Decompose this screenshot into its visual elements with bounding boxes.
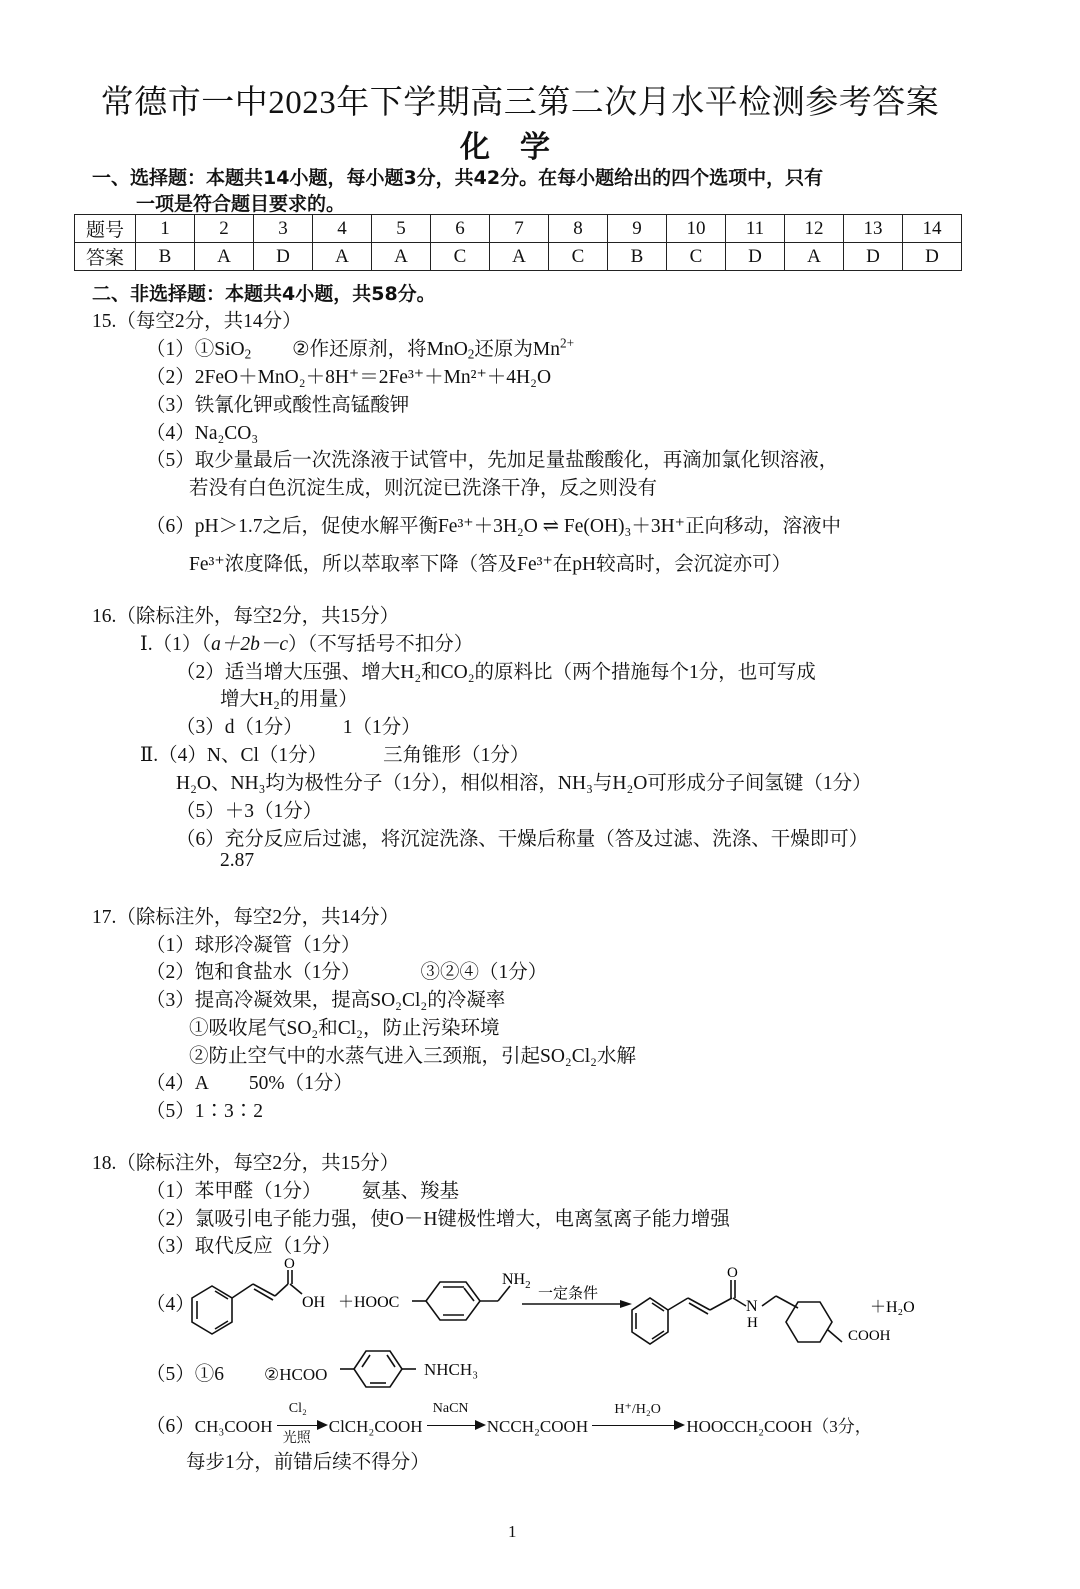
q18-part3: （3）取代反应（1分） [146,1230,341,1258]
answer-text: （1）苯甲醛（1分） [146,1181,322,1202]
q17-part3-line3: ②防止空气中的水蒸气进入三颈瓶，引起SO₂Cl₂水解 [189,1040,636,1068]
superscript: 2+ [560,336,574,351]
answer-text: 氨基、羧基 [362,1181,460,1202]
q15-part3: （3）铁氰化钾或酸性高锰酸钾 [146,389,409,417]
reaction-arrow-3: H⁺/H₂O [592,1417,686,1437]
part-label: （4） [146,423,195,444]
answer-cell: A [313,243,372,271]
q15-part6-line2: Fe³⁺浓度降低，所以萃取率下降（答及Fe³⁺在pH较高时，会沉淀亦可） [189,548,791,576]
condition: 光照 [283,1427,311,1447]
q15-part5-line1: （5）取少量最后一次洗涤液于试管中，先加足量盐酸酸化，再滴加氯化钡溶液， [146,444,838,472]
benzene-ring-icon [426,1282,480,1320]
answer-cell: C [431,243,490,271]
q16-header: 16.（除标注外，每空2分，共15分） [92,600,399,628]
q17-part1: （1）球形冷凝管（1分） [146,929,361,957]
q15-part5-line2: 若没有白色沉淀生成，则沉淀已洗涤干净，反之则没有 [189,472,657,500]
byproduct: ＋H₂O [870,1299,915,1316]
question-number: 13 [844,215,903,243]
part-label: （2） [146,367,195,388]
answer-text: （2）饱和食盐水（1分） [146,962,361,983]
answer-text: ③②④（1分） [421,962,548,983]
answer-text: 50%（1分） [249,1073,353,1094]
section1-heading-line2: 一项是符合题目要求的。 [136,189,345,216]
arrow-head-icon [317,1420,328,1430]
q17-header: 17.（除标注外，每空2分，共14分） [92,901,399,929]
arrow-head-icon [475,1420,486,1430]
question-number: 8 [549,215,608,243]
q15-part4: （4）Na₂CO₃ [146,417,258,445]
answer-text: 1（1分） [343,717,421,738]
reagent: H⁺/H₂O [614,1401,661,1418]
q15-part2: （2）2FeO＋MnO₂＋8H⁺＝2Fe³⁺＋Mn²⁺＋4H₂O [146,361,551,389]
answer-text: （3）d（1分） [176,717,303,738]
question-number: 1 [136,215,195,243]
question-number: 11 [726,215,785,243]
reaction-arrow-1: Cl₂ 光照 [277,1417,329,1437]
q16-part6-line1: （6）充分反应后过滤，将沉淀洗涤、干燥后称量（答及过滤、洗涤、干燥即可） [176,823,868,851]
benzene-ring-icon [632,1298,668,1344]
answer-table-number-row: 题号 1 2 3 4 5 6 7 8 9 10 11 12 13 14 [75,215,962,243]
q16-part2-line2: 增大H₂的用量） [220,683,358,711]
atom-label: OH [302,1294,326,1311]
arrow-head-icon [674,1420,685,1430]
q16-part6-line2: 2.87 [220,850,254,872]
atom-label: O [284,1258,295,1272]
answer-cell: D [844,243,903,271]
answer-cell: D [903,243,962,271]
q15-header: 15.（每空2分，共14分） [92,305,302,333]
q18-header: 18.（除标注外，每空2分，共15分） [92,1147,399,1175]
q17-part5: （5）1∶3∶2 [146,1095,263,1123]
answer-cell: B [608,243,667,271]
q17-part2: （2）饱和食盐水（1分）③②④（1分） [146,956,547,984]
question-number: 12 [785,215,844,243]
answer-cell: A [490,243,549,271]
reaction-condition: 一定条件 [538,1285,598,1302]
question-number: 7 [490,215,549,243]
question-number: 4 [313,215,372,243]
q16-part1: Ⅰ.（1）（a＋2b－c）（不写括号不扣分） [140,628,473,656]
q18-part5-suffix: NHCH₃ [424,1360,478,1380]
part-label: （1） [146,339,195,360]
compound: HOOCCH₂COOH（3分， [686,1417,871,1436]
answer-cell: B [136,243,195,271]
answer-text: Ⅱ.（4）N、Cl（1分） [140,745,327,766]
benzene-ring-icon [192,1286,232,1334]
answer-table: 题号 1 2 3 4 5 6 7 8 9 10 11 12 13 14 答案 B… [74,214,962,271]
q18-part1: （1）苯甲醛（1分）氨基、羧基 [146,1175,459,1203]
q16-part2-line1: （2）适当增大压强、增大H₂和CO₂的原料比（两个措施每个1分，也可写成 [176,656,816,684]
answer-cell: C [549,243,608,271]
amide-reaction-scheme: O OH ＋HOOC NH2 一定条件 O N H COOH ＋H₂O [180,1258,940,1363]
answer-cell: A [195,243,254,271]
q16-part3: （3）d（1分）1（1分） [176,711,421,739]
row-label: 答案 [75,243,136,271]
reaction-arrow-2: NaCN [427,1417,487,1437]
answer-text: （4）A [146,1073,209,1094]
atom-label: ＋HOOC [338,1294,399,1311]
section1-heading-line1: 一、选择题：本题共14小题，每小题3分，共42分。在每小题给出的四个选项中，只有 [92,163,823,190]
answer-cell: A [372,243,431,271]
q15-part1: （1）①SiO2 ②作还原剂，将MnO2还原为Mn2+ [146,333,574,361]
q18-part6-route: （6）CH₃COOH Cl₂ 光照 ClCH₂COOH NaCN NCCH₂CO… [146,1410,872,1438]
part-label: （6） [146,1416,195,1437]
row-label: 题号 [75,215,136,243]
equation: 2FeO＋MnO₂＋8H⁺＝2Fe³⁺＋Mn²⁺＋4H₂O [195,367,551,388]
formula: Na₂CO₃ [195,423,258,444]
atom-label: O [727,1265,738,1281]
part-label: （5） [146,1364,195,1385]
q17-part3-line1: （3）提高冷凝效果，提高SO₂Cl₂的冷凝率 [146,984,505,1012]
q16-part4: Ⅱ.（4）N、Cl（1分）三角锥形（1分） [140,739,529,767]
expression: a＋2b－c [211,634,288,655]
answer-text: ②HCOO [264,1365,327,1384]
reagent: NaCN [433,1401,469,1417]
q18-part5: （5）①6②HCOO [146,1358,327,1386]
answer-table-answer-row: 答案 B A D A A C A C B C D A D D [75,243,962,271]
question-number: 6 [431,215,490,243]
answer-cell: C [667,243,726,271]
para-benzene-icon [340,1345,420,1395]
answer-cell: D [254,243,313,271]
atom-label: N [746,1298,758,1315]
q18-part2: （2）氯吸引电子能力强，使O－H键极性增大，电离氢离子能力增强 [146,1203,730,1231]
atom-label: NH2 [502,1271,531,1291]
benzene-ring-icon [786,1302,832,1342]
question-number: 14 [903,215,962,243]
q18-part6-line2: 每步1分，前错后续不得分） [186,1446,430,1474]
answer-text: ②作还原剂，将MnO [292,339,468,360]
atom-label: H [747,1315,758,1331]
answer-text: 三角锥形（1分） [383,745,529,766]
document-title: 常德市一中2023年下学期高三第二次月水平检测参考答案 [0,76,1040,123]
question-number: 3 [254,215,313,243]
answer-text: ①SiO [195,339,245,360]
question-number: 9 [608,215,667,243]
compound: ClCH₂COOH [329,1417,423,1436]
question-number: 2 [195,215,254,243]
answer-cell: A [785,243,844,271]
question-number: 10 [667,215,726,243]
page-number: 1 [508,1522,517,1542]
q17-part4: （4）A50%（1分） [146,1067,353,1095]
subscript: 2 [245,346,252,361]
atom-label: COOH [848,1328,891,1344]
section2-heading: 二、非选择题：本题共4小题，共58分。 [92,279,436,306]
q16-part5: （5）＋3（1分） [176,795,322,823]
answer-cell: D [726,243,785,271]
note: ）（不写括号不扣分） [288,634,473,655]
answer-text: 还原为Mn [474,339,560,360]
question-number: 5 [372,215,431,243]
q17-part3-line2: ①吸收尾气SO₂和Cl₂，防止污染环境 [189,1012,499,1040]
compound: NCCH₂COOH [487,1417,588,1436]
q15-part6-line1: （6）pH＞1.7之后，促使水解平衡Fe³⁺＋3H₂O ⇌ Fe(OH)₃＋3H… [146,510,841,538]
reagent: Cl₂ [289,1401,307,1417]
q16-part4-line2: H₂O、NH₃均为极性分子（1分），相似相溶，NH₃与H₂O可形成分子间氢键（1… [176,767,872,795]
subject-title: 化学 [0,122,1040,166]
answer-text: ①6 [195,1364,224,1385]
part-label: Ⅰ.（1）（ [140,634,211,655]
compound: CH₃COOH [195,1417,273,1436]
